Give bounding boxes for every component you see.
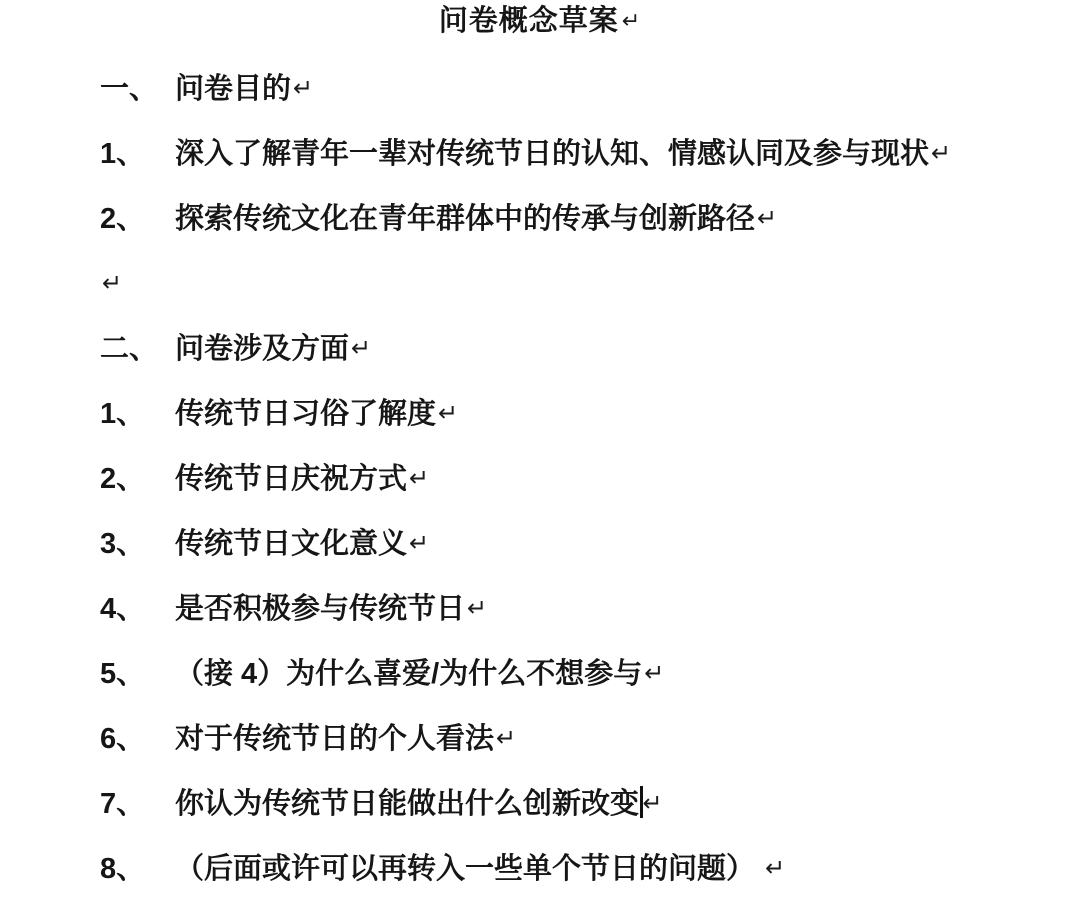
- paragraph-mark-icon: ↵: [496, 724, 516, 752]
- list-text[interactable]: 你认为传统节日能做出什么创新改变↵: [175, 772, 663, 838]
- list-number: 2、: [100, 447, 175, 512]
- list-number: 3、: [100, 512, 175, 577]
- line-text[interactable]: 探索传统文化在青年群体中的传承与创新路径: [175, 203, 755, 235]
- paragraph-mark-icon: ↵: [102, 269, 122, 297]
- list-number: 7、: [100, 772, 175, 837]
- line-text[interactable]: 问卷涉及方面: [175, 333, 349, 365]
- line-text[interactable]: 对于传统节日的个人看法: [175, 723, 494, 755]
- outline-row: 8、 （后面或许可以再转入一些单个节日的问题） ↵: [0, 837, 1080, 902]
- paragraph-mark-icon: ↵: [622, 9, 641, 34]
- line-text[interactable]: 深入了解青年一辈对传统节日的认知、情感认同及参与现状: [175, 138, 929, 170]
- paragraph-mark-icon: ↵: [293, 74, 313, 102]
- outline-row: 1、 传统节日习俗了解度↵: [0, 382, 1080, 447]
- paragraph-mark-icon: ↵: [409, 529, 429, 557]
- paragraph-mark-icon: ↵: [438, 399, 458, 427]
- outline-row: 7、 你认为传统节日能做出什么创新改变↵: [0, 772, 1080, 837]
- list-text[interactable]: 探索传统文化在青年群体中的传承与创新路径↵: [175, 187, 777, 253]
- list-text[interactable]: 问卷目的↵: [175, 57, 313, 123]
- outline-row: 4、 是否积极参与传统节日↵: [0, 577, 1080, 642]
- list-text[interactable]: ↵: [100, 252, 122, 318]
- line-text[interactable]: 问卷目的: [175, 73, 291, 105]
- outline-row: 一、 问卷目的↵: [0, 57, 1080, 122]
- outline-row: 5、 （接 4）为什么喜爱/为什么不想参与↵: [0, 642, 1080, 707]
- document-title-row: 问卷概念草案↵: [0, 0, 1080, 39]
- list-text[interactable]: 是否积极参与传统节日↵: [175, 577, 487, 643]
- line-text[interactable]: 是否积极参与传统节日: [175, 593, 465, 625]
- list-text[interactable]: 对于传统节日的个人看法↵: [175, 707, 516, 773]
- paragraph-mark-icon: ↵: [931, 139, 951, 167]
- paragraph-mark-icon: ↵: [644, 659, 664, 687]
- list-number: 一、: [100, 57, 175, 122]
- paragraph-mark-icon: ↵: [757, 204, 777, 232]
- paragraph-mark-icon: ↵: [467, 594, 487, 622]
- list-number: 二、: [100, 317, 175, 382]
- list-number: 2、: [100, 187, 175, 252]
- list-number: 5、: [100, 642, 175, 707]
- paragraph-mark-icon: ↵: [643, 789, 663, 817]
- outline-row: 2、 传统节日庆祝方式↵: [0, 447, 1080, 512]
- paragraph-mark-icon: ↵: [765, 854, 785, 882]
- list-text[interactable]: （接 4）为什么喜爱/为什么不想参与↵: [175, 642, 664, 708]
- list-text[interactable]: 传统节日庆祝方式↵: [175, 447, 429, 513]
- line-text[interactable]: （后面或许可以再转入一些单个节日的问题）: [175, 853, 763, 885]
- list-number: 6、: [100, 707, 175, 772]
- list-text[interactable]: 传统节日文化意义↵: [175, 512, 429, 578]
- list-text[interactable]: 问卷涉及方面↵: [175, 317, 371, 383]
- outline-row: 6、 对于传统节日的个人看法↵: [0, 707, 1080, 772]
- line-text[interactable]: （接 4）为什么喜爱/为什么不想参与: [175, 658, 642, 690]
- list-number: 4、: [100, 577, 175, 642]
- outline-row: ↵: [0, 252, 1080, 317]
- outline-row: 二、 问卷涉及方面↵: [0, 317, 1080, 382]
- paragraph-mark-icon: ↵: [351, 334, 371, 362]
- list-number: 1、: [100, 122, 175, 187]
- list-text[interactable]: 深入了解青年一辈对传统节日的认知、情感认同及参与现状↵: [175, 122, 951, 188]
- line-text[interactable]: 传统节日文化意义: [175, 528, 407, 560]
- outline-rows: 一、 问卷目的↵ 1、 深入了解青年一辈对传统节日的认知、情感认同及参与现状↵ …: [0, 57, 1080, 902]
- document-page: 问卷概念草案↵ 一、 问卷目的↵ 1、 深入了解青年一辈对传统节日的认知、情感认…: [0, 0, 1080, 915]
- outline-row: 1、 深入了解青年一辈对传统节日的认知、情感认同及参与现状↵: [0, 122, 1080, 187]
- list-text[interactable]: 传统节日习俗了解度↵: [175, 382, 458, 448]
- line-text[interactable]: 传统节日习俗了解度: [175, 398, 436, 430]
- line-text[interactable]: 你认为传统节日能做出什么创新改变: [175, 788, 639, 820]
- line-text[interactable]: 传统节日庆祝方式: [175, 463, 407, 495]
- outline-row: 3、 传统节日文化意义↵: [0, 512, 1080, 577]
- outline-row: 2、 探索传统文化在青年群体中的传承与创新路径↵: [0, 187, 1080, 252]
- list-number: 8、: [100, 837, 175, 902]
- paragraph-mark-icon: ↵: [409, 464, 429, 492]
- list-text[interactable]: （后面或许可以再转入一些单个节日的问题） ↵: [175, 837, 785, 903]
- document-title[interactable]: 问卷概念草案: [439, 5, 619, 37]
- list-number: 1、: [100, 382, 175, 447]
